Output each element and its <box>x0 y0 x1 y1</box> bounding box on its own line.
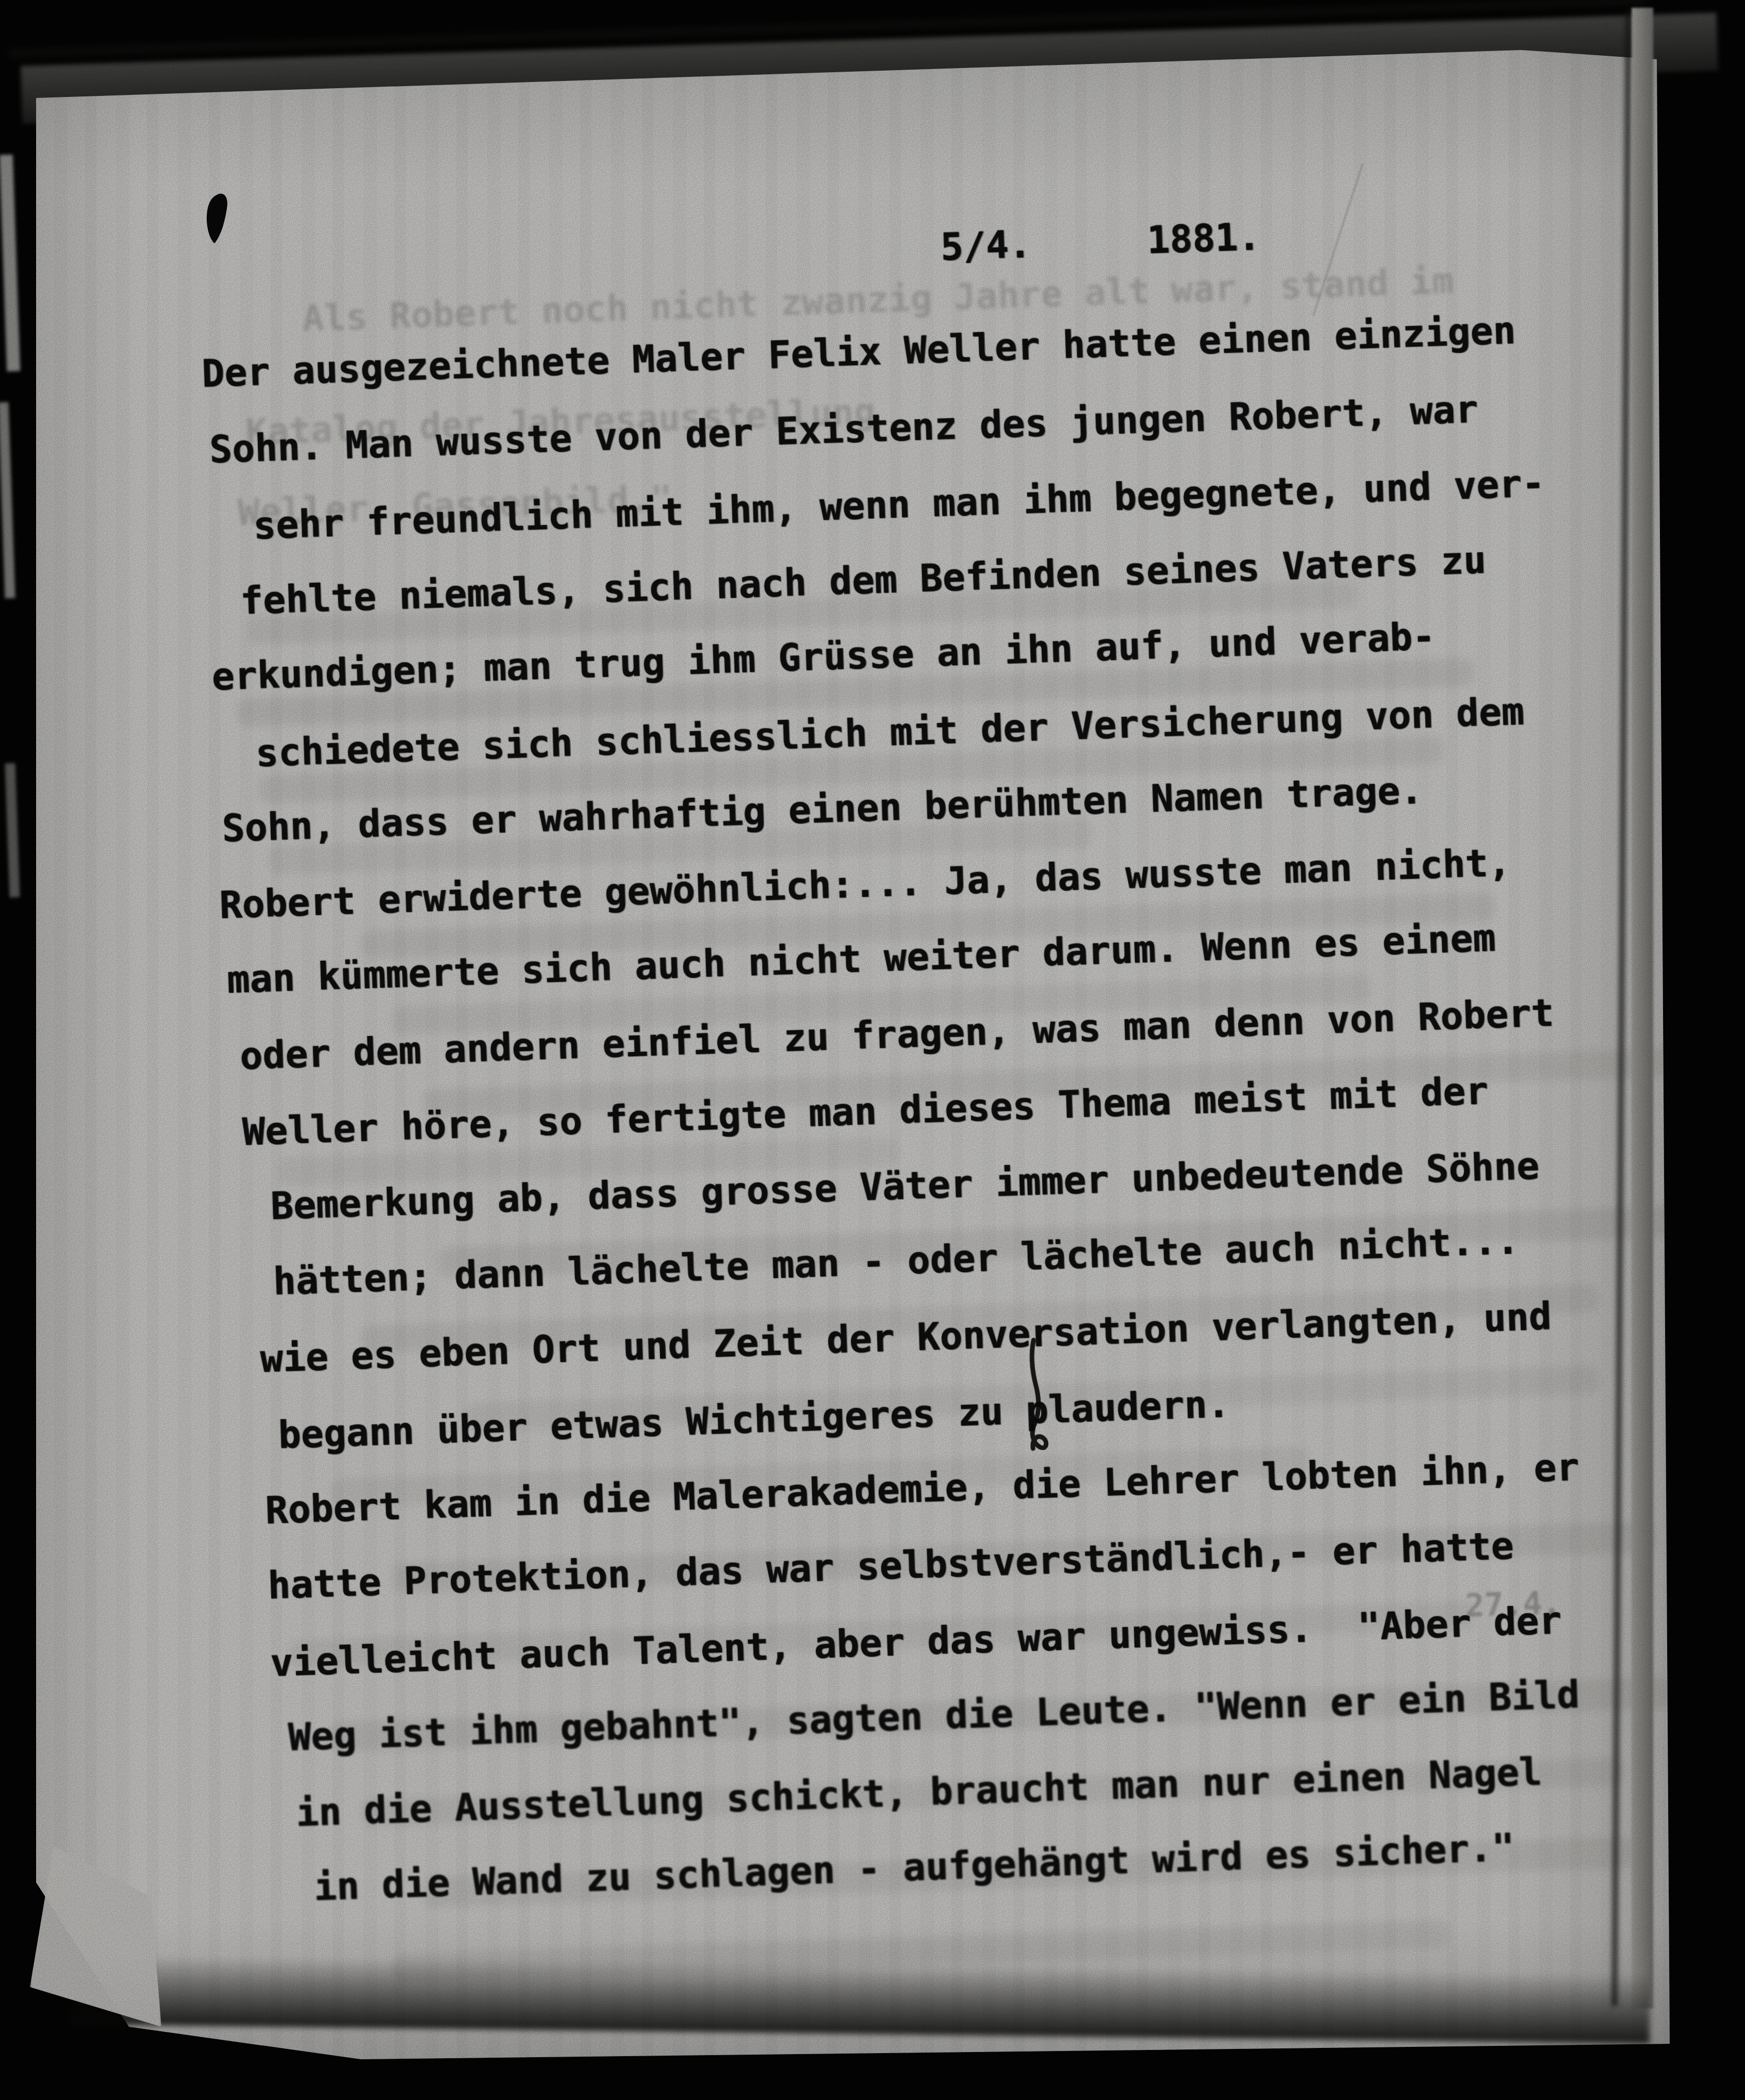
typewritten-text-block: 5/4. 1881. Der ausgezeichnete Maler Feli… <box>201 308 1604 1944</box>
body-text: Der ausgezeichnete Maler Felix Weller ha… <box>201 308 1604 1944</box>
page-edge-sliver-left <box>5 763 20 898</box>
ink-blot <box>204 191 232 248</box>
handwritten-correction-mark <box>1014 1336 1064 1462</box>
page-right-edge-strip <box>1632 8 1653 2009</box>
page-edge-sliver-left <box>0 402 15 598</box>
date-value: 5/4. <box>940 223 1032 270</box>
year-value: 1881. <box>1146 215 1261 262</box>
document-scan: Als Robert noch nicht zwanzig Jahre alt … <box>0 0 1745 2100</box>
page-edge-sliver-left <box>0 155 20 372</box>
